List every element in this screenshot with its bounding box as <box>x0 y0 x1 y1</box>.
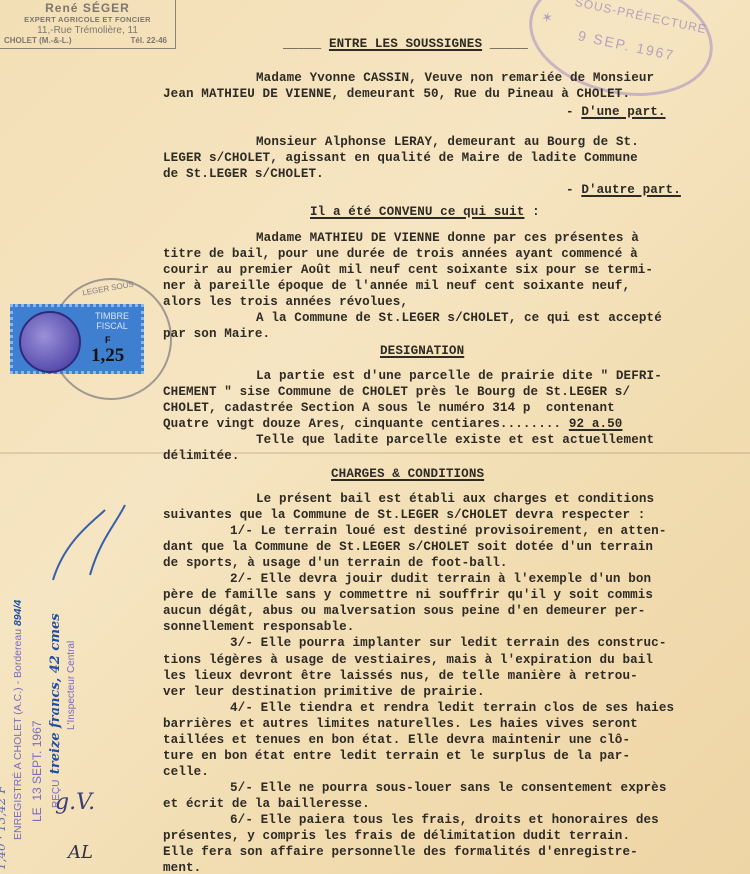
charges-line: les lieux devront être laissés nus, de t… <box>163 668 638 684</box>
fiscal-label-line1: TIMBRE <box>83 311 141 321</box>
letterhead-city-row: CHOLET (M.-&-L.) Tél. 22-46 <box>0 36 175 45</box>
charges-line: présentes, y compris les frais de délimi… <box>163 828 630 844</box>
registration-office: ENREGISTRÉ A CHOLET (A.C.) - Bordereau <box>12 629 24 840</box>
agreement-line: alors les trois années révolues, <box>163 294 408 310</box>
agreement-line: ner à pareille époque de l'année mil neu… <box>163 278 630 294</box>
charges-line: taillées et tenues en bon état. Elle dev… <box>163 732 630 748</box>
agreed-heading: Il a été CONVENU ce qui suit : <box>310 204 540 220</box>
letterhead-name: René SÉGER <box>0 1 175 15</box>
heading-soussignes: ENTRE LES SOUSSIGNES <box>329 37 482 51</box>
party2-label: - D'autre part. <box>566 182 681 198</box>
letterhead-address: 11,-Rue Trémolière, 11 <box>0 25 175 36</box>
initials-al: AL <box>68 842 93 863</box>
party2-line: LEGER s/CHOLET, agissant en qualité de M… <box>163 150 638 166</box>
star-icon: ✶ <box>540 8 555 27</box>
sous-prefecture-date: 9 SEP. 1967 <box>577 27 677 63</box>
charges-line: 5/- Elle ne pourra sous-louer sans le co… <box>230 780 666 796</box>
fiscal-value: 1,25 <box>91 345 124 367</box>
registration-date-line: LE 13 SEPT. 1967 <box>30 721 44 822</box>
letterhead-stamp: René SÉGER EXPERT AGRICOLE ET FONCIER 11… <box>0 0 176 49</box>
agreement-line: titre de bail, pour une durée de trois a… <box>163 246 638 262</box>
registration-handwritten-ref: 1,40 · 13,42 F <box>0 785 8 870</box>
initials-gv: g.V. <box>55 790 95 815</box>
party2-label-text: D'autre part. <box>581 183 681 197</box>
charges-line: dant que la Commune de St.LEGER s/CHOLET… <box>163 539 653 555</box>
agreement-line: par son Maire. <box>163 326 270 342</box>
party1-line: Jean MATHIEU DE VIENNE, demeurant 50, Ru… <box>163 86 630 102</box>
charges-line: et écrit de la bailleresse. <box>163 796 370 812</box>
charges-line: 2/- Elle devra jouir dudit terrain à l'e… <box>230 571 651 587</box>
charges-line: suivantes que la Commune de St.LEGER s/C… <box>163 507 645 523</box>
charges-line: Elle fera son affaire personnelle des fo… <box>163 844 638 860</box>
cancel-circle-text: LEGER SOUS <box>82 280 135 298</box>
designation-line: Quatre vingt douze Ares, cinquante centi… <box>163 416 622 432</box>
fiscal-stamp-label: TIMBRE FISCAL <box>83 311 141 331</box>
registration-line1: ENREGISTRÉ A CHOLET (A.C.) - Bordereau 8… <box>12 600 24 840</box>
charges-line: 4/- Elle tiendra et rendra ledit terrain… <box>230 700 674 716</box>
party1-line: Madame Yvonne CASSIN, Veuve non remariée… <box>256 70 654 86</box>
charges-line: tions légères à usage de vestiaires, mai… <box>163 652 653 668</box>
letterhead-phone: Tél. 22-46 <box>131 36 167 45</box>
charges-line: père de famille sans y commettre ni souf… <box>163 587 653 603</box>
marianne-portrait-icon <box>19 311 81 373</box>
letterhead-city: CHOLET (M.-&-L.) <box>4 36 72 45</box>
charges-line: celle. <box>163 764 209 780</box>
charges-line: 6/- Elle paiera tous les frais, droits e… <box>230 812 659 828</box>
fiscal-stamp: TIMBRE FISCAL F 1,25 <box>10 304 144 374</box>
designation-line: CHEMENT " sise Commune de CHOLET près le… <box>163 384 630 400</box>
letterhead-title: EXPERT AGRICOLE ET FONCIER <box>0 15 175 24</box>
charges-line: 1/- Le terrain loué est destiné provisoi… <box>230 523 666 539</box>
charges-line: ment. <box>163 860 201 874</box>
area-value: 92 a.50 <box>569 417 623 431</box>
registration-amount-line: REÇU treize francs, 42 cmes <box>48 613 63 808</box>
party2-line: de St.LEGER s/CHOLET. <box>163 166 324 182</box>
designation-line: CHOLET, cadastrée Section A sous le numé… <box>163 400 615 416</box>
designation-heading-text: DESIGNATION <box>380 344 464 358</box>
bordereau-number: 894/4 <box>12 600 24 626</box>
charges-line: ture en bon état entre ledit terrain et … <box>163 748 630 764</box>
date-prefix: LE <box>30 807 44 822</box>
registration-amount: treize francs, 42 cmes <box>48 613 63 774</box>
agreed-heading-text: Il a été CONVENU ce qui suit <box>310 205 524 219</box>
party2-line: Monsieur Alphonse LERAY, demeurant au Bo… <box>256 134 639 150</box>
charges-heading-text: CHARGES & CONDITIONS <box>331 467 484 481</box>
fiscal-label-line2: FISCAL <box>83 321 141 331</box>
agreement-line: courir au premier Août mil neuf cent soi… <box>163 262 653 278</box>
party1-label-text: D'une part. <box>581 105 665 119</box>
fiscal-currency: F <box>105 335 111 345</box>
charges-line: sonnellement responsable. <box>163 619 354 635</box>
designation-line: délimitée. <box>163 448 240 464</box>
area-text: Quatre vingt douze Ares, cinquante centi… <box>163 417 569 431</box>
designation-line: Telle que ladite parcelle existe et est … <box>256 432 654 448</box>
signature-mark <box>45 500 145 590</box>
agreement-line: A la Commune de St.LEGER s/CHOLET, ce qu… <box>256 310 662 326</box>
charges-line: aucun dégât, abus ou malversation sous p… <box>163 603 645 619</box>
agreement-line: Madame MATHIEU DE VIENNE donne par ces p… <box>256 230 639 246</box>
charges-line: ver leur destination primitive de prairi… <box>163 684 485 700</box>
paper-fold <box>0 452 750 454</box>
charges-line: de sports, à usage d'un terrain de foot-… <box>163 555 508 571</box>
registration-date: 13 SEPT. 1967 <box>30 721 44 801</box>
party1-label: - D'une part. <box>566 104 666 120</box>
inspector-title: L'Inspecteur Central <box>66 641 77 730</box>
charges-line: barrières et autres limites naturelles. … <box>163 716 638 732</box>
charges-heading: CHARGES & CONDITIONS <box>331 466 484 482</box>
charges-line: 3/- Elle pourra implanter sur ledit terr… <box>230 635 666 651</box>
heading-line-left: _____ ENTRE LES SOUSSIGNES _____ <box>283 36 528 52</box>
designation-line: La partie est d'une parcelle de prairie … <box>256 368 662 384</box>
charges-line: Le présent bail est établi aux charges e… <box>256 491 654 507</box>
designation-heading: DESIGNATION <box>380 343 464 359</box>
